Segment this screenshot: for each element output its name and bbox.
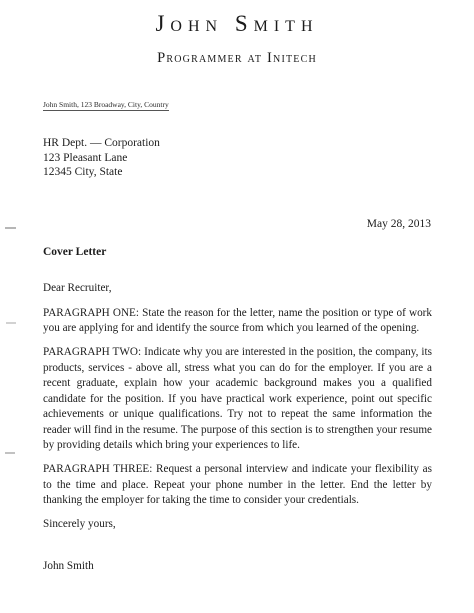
recipient-line-company: HR Dept. — Corporation [43, 136, 160, 151]
punch-mark [6, 322, 16, 324]
paragraph-one: PARAGRAPH ONE: State the reason for the … [43, 306, 432, 337]
greeting: Dear Recruiter, [43, 281, 432, 297]
recipient-address-block: HR Dept. — Corporation 123 Pleasant Lane… [43, 136, 160, 180]
recipient-line-city: 12345 City, State [43, 165, 160, 180]
fold-mark-bottom [5, 452, 15, 454]
letter-subject: Cover Letter [43, 245, 106, 260]
cover-letter-page: John Smith Programmer at Initech John Sm… [0, 0, 474, 613]
closing: Sincerely yours, [43, 517, 432, 533]
applicant-name: John Smith [0, 10, 474, 38]
letter-date: May 28, 2013 [367, 217, 431, 232]
signature: John Smith [43, 559, 432, 575]
fold-mark-top [5, 227, 16, 229]
recipient-line-street: 123 Pleasant Lane [43, 151, 160, 166]
letter-body: Dear Recruiter, PARAGRAPH ONE: State the… [43, 281, 432, 574]
paragraph-two: PARAGRAPH TWO: Indicate why you are inte… [43, 345, 432, 454]
contact-line: John Smith, 123 Broadway, City, Country [43, 100, 169, 110]
applicant-job-title: Programmer at Initech [0, 49, 474, 67]
paragraph-three: PARAGRAPH THREE: Request a personal inte… [43, 462, 432, 509]
contact-line-text: John Smith, 123 Broadway, City, Country [43, 100, 169, 111]
